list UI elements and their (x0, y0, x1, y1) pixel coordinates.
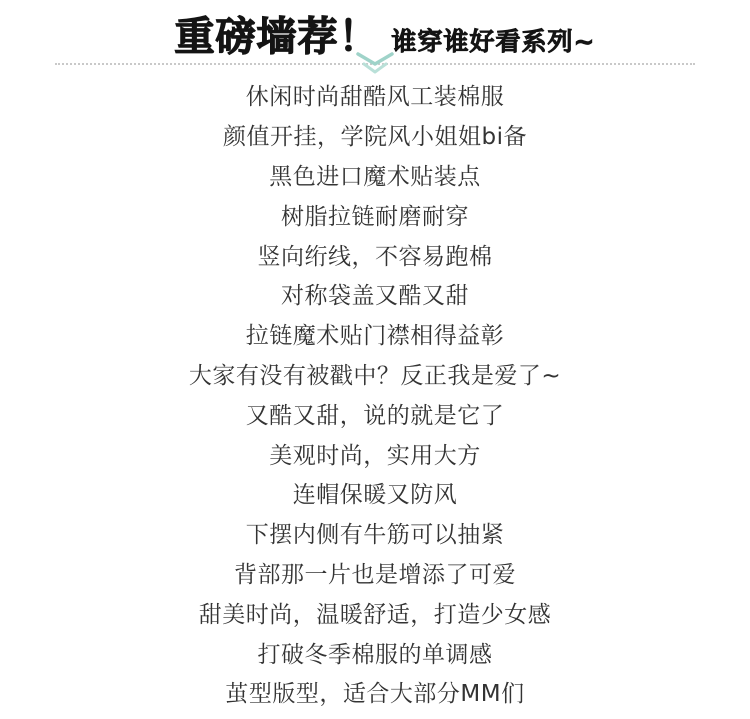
feature-list: 休闲时尚甜酷风工装棉服 颜值开挂，学院风小姐姐bi备 黑色进口魔术贴装点 树脂拉… (0, 65, 750, 712)
feature-line: 大家有没有被戳中？反正我是爱了~ (0, 354, 750, 394)
feature-line: 又酷又甜，说的就是它了 (0, 393, 750, 433)
feature-line: 黑色进口魔术贴装点 (0, 155, 750, 195)
feature-section: 休闲时尚甜酷风工装棉服 颜值开挂，学院风小姐姐bi备 黑色进口魔术贴装点 树脂拉… (0, 65, 750, 712)
feature-line: 茧型版型，适合大部分MM们 (0, 672, 750, 712)
feature-line: 休闲时尚甜酷风工装棉服 (0, 75, 750, 115)
feature-line: 拉链魔术贴门襟相得益彰 (0, 314, 750, 354)
feature-line: 连帽保暖又防风 (0, 473, 750, 513)
chevron-double-down-icon (355, 52, 395, 78)
title-row: 重磅墙荐！ 谁穿谁好看系列~ (10, 0, 750, 60)
feature-line: 下摆内侧有牛筋可以抽紧 (0, 513, 750, 553)
feature-line: 颜值开挂，学院风小姐姐bi备 (0, 115, 750, 155)
feature-line: 美观时尚，实用大方 (0, 433, 750, 473)
page-title: 重磅墙荐！ (175, 14, 380, 60)
feature-line: 背部那一片也是增添了可爱 (0, 553, 750, 593)
dotted-divider (55, 63, 695, 65)
page-subtitle: 谁穿谁好看系列~ (392, 22, 596, 58)
product-description-page: 重磅墙荐！ 谁穿谁好看系列~ 休闲时尚甜酷风工装棉服 颜值开挂，学院风小姐姐bi… (0, 0, 750, 719)
feature-line: 竖向绗线，不容易跑棉 (0, 234, 750, 274)
feature-line: 甜美时尚，温暖舒适，打造少女感 (0, 592, 750, 632)
feature-line: 对称袋盖又酷又甜 (0, 274, 750, 314)
feature-line: 打破冬季棉服的单调感 (0, 632, 750, 672)
header: 重磅墙荐！ 谁穿谁好看系列~ (0, 0, 750, 65)
feature-line: 树脂拉链耐磨耐穿 (0, 194, 750, 234)
